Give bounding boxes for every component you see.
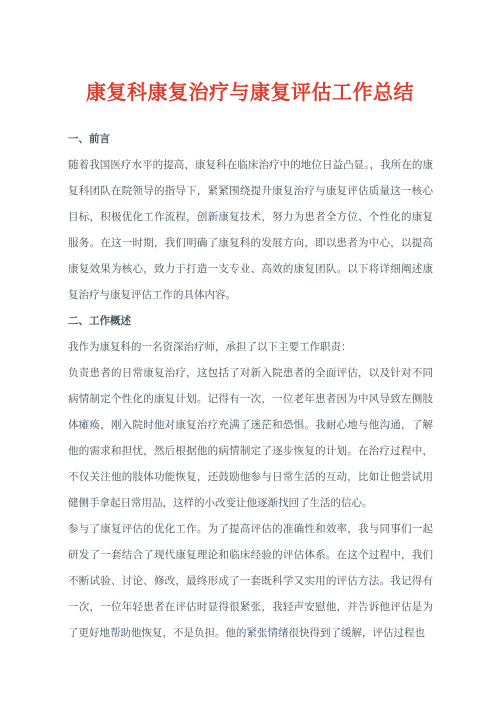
text-line: 康复效果为核心，致力于打造一支专业、高效的康复团队。以下将详细阐述康	[68, 256, 433, 282]
document-page: 康复科康复治疗与康复评估工作总结 一、前言随着我国医疗水平的提高，康复科在临床治…	[0, 0, 500, 707]
paragraph: 负责患者的日常康复治疗，这包括了对新入院患者的全面评估，以及针对不同病情制定个性…	[68, 360, 433, 516]
text-line: 体瘫痪，刚入院时他对康复治疗充满了迷茫和恐惧。我耐心地与他沟通，了解	[68, 412, 433, 438]
text-line: 他的需求和担忧，然后根据他的病情制定了逐步恢复的计划。在治疗过程中，	[68, 438, 433, 464]
text-line: 健侧手拿起日常用品，这样的小改变让他逐渐找回了生活的信心。	[68, 490, 433, 516]
paragraph: 我作为康复科的一名资深治疗师，承担了以下主要工作职责：	[68, 334, 433, 360]
document-title: 康复科康复治疗与康复评估工作总结	[0, 80, 500, 106]
section-heading: 二、工作概述	[68, 308, 433, 334]
text-line: 服务。在这一时期，我们明确了康复科的发展方向，即以患者为中心，以提高	[68, 230, 433, 256]
text-line: 参与了康复评估的优化工作。为了提高评估的准确性和效率，我与同事们一起	[68, 516, 433, 542]
text-line: 复治疗与康复评估工作的具体内容。	[68, 282, 433, 308]
text-line: 研发了一套结合了现代康复理论和临床经验的评估体系。在这个过程中，我们	[68, 542, 433, 568]
text-line: 随着我国医疗水平的提高，康复科在临床治疗中的地位日益凸显。，我所在的康	[68, 152, 433, 178]
document-body: 一、前言随着我国医疗水平的提高，康复科在临床治疗中的地位日益凸显。，我所在的康复…	[68, 126, 433, 646]
section-heading: 一、前言	[68, 126, 433, 152]
text-line: 负责患者的日常康复治疗，这包括了对新入院患者的全面评估，以及针对不同	[68, 360, 433, 386]
paragraph: 参与了康复评估的优化工作。为了提高评估的准确性和效率，我与同事们一起研发了一套结…	[68, 516, 433, 646]
text-line: 了更好地帮助他恢复，不是负担。他的紧张情绪很快得到了缓解，评估过程也	[68, 620, 433, 646]
text-line: 一次，一位年轻患者在评估时显得很紧张，我轻声安慰他，并告诉他评估是为	[68, 594, 433, 620]
text-line: 我作为康复科的一名资深治疗师，承担了以下主要工作职责：	[68, 334, 433, 360]
text-line: 不仅关注他的肢体功能恢复，还鼓励他参与日常生活的互动，比如让他尝试用	[68, 464, 433, 490]
text-line: 病情制定个性化的康复计划。记得有一次，一位老年患者因为中风导致左侧肢	[68, 386, 433, 412]
text-line: 不断试验、讨论、修改，最终形成了一套既科学又实用的评估方法。我记得有	[68, 568, 433, 594]
text-line: 复科团队在院领导的指导下，紧紧围绕提升康复治疗与康复评估质量这一核心	[68, 178, 433, 204]
paragraph: 随着我国医疗水平的提高，康复科在临床治疗中的地位日益凸显。，我所在的康复科团队在…	[68, 152, 433, 308]
text-line: 目标，积极优化工作流程，创新康复技术，努力为患者全方位、个性化的康复	[68, 204, 433, 230]
